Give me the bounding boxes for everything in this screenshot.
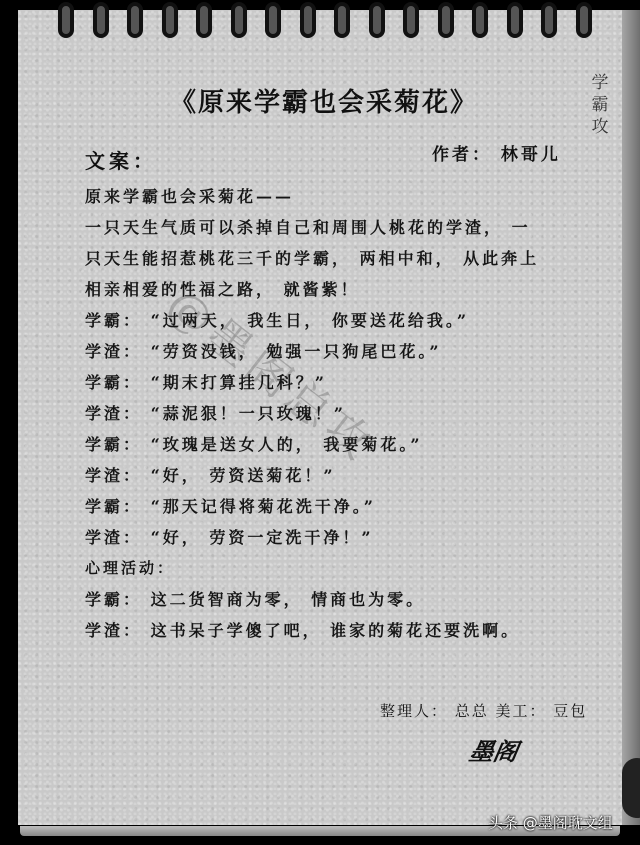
summary-label: 文案： bbox=[85, 145, 157, 174]
author: 作者： 林哥儿 bbox=[432, 140, 561, 165]
footer-watermark: 头条 @墨阁耽文组 bbox=[488, 812, 613, 833]
page-edge bbox=[622, 10, 640, 825]
thought-line: 学渣： 这书呆子学傻了吧， 谁家的菊花还要洗啊。 bbox=[85, 615, 585, 646]
side-tag: 学霸攻 bbox=[590, 72, 610, 138]
binding-ring bbox=[196, 2, 212, 38]
dialogue-line: 学霸： “过两天， 我生日， 你要送花给我。” bbox=[85, 305, 585, 336]
binding-ring bbox=[438, 2, 454, 38]
binding-ring bbox=[231, 2, 247, 38]
dialogue-line: 学霸： “那天记得将菊花洗干净。” bbox=[85, 491, 585, 522]
binding-ring bbox=[541, 2, 557, 38]
binding-ring bbox=[300, 2, 316, 38]
dialogue-line: 学渣： “好， 劳资送菊花！” bbox=[85, 460, 585, 491]
dialogue-line: 学霸： “期末打算挂几科？” bbox=[85, 367, 585, 398]
dialogue-line: 学渣： “劳资没钱， 勉强一只狗尾巴花。” bbox=[85, 336, 585, 367]
binding-ring bbox=[403, 2, 419, 38]
binding-ring bbox=[576, 2, 592, 38]
thought-line: 学霸： 这二货智商为零， 情商也为零。 bbox=[85, 584, 585, 615]
signature: 墨阁 bbox=[467, 732, 521, 767]
binding-ring bbox=[369, 2, 385, 38]
binding-ring bbox=[265, 2, 281, 38]
dialogue-line: 学渣： “蒜泥狠！一只玫瑰！” bbox=[85, 398, 585, 429]
binding-ring bbox=[58, 2, 74, 38]
disc-decoration bbox=[622, 758, 640, 818]
credits: 整理人： 总总 美工： 豆包 bbox=[380, 700, 587, 721]
binding-ring bbox=[93, 2, 109, 38]
binding-ring bbox=[507, 2, 523, 38]
dialogue-line: 学渣： “好， 劳资一定洗干净！” bbox=[85, 522, 585, 553]
summary-body: 原来学霸也会采菊花—— 一只天生气质可以杀掉自己和周围人桃花的学渣， 一 只天生… bbox=[85, 181, 585, 646]
spiral-binding bbox=[58, 0, 618, 40]
binding-ring bbox=[162, 2, 178, 38]
text-line: 一只天生气质可以杀掉自己和周围人桃花的学渣， 一 bbox=[85, 212, 585, 243]
binding-ring bbox=[334, 2, 350, 38]
text-line: 相亲相爱的性福之路， 就酱紫！ bbox=[85, 274, 585, 305]
text-line: 原来学霸也会采菊花—— bbox=[85, 181, 585, 212]
page-title: 《原来学霸也会采菊花》 bbox=[170, 82, 478, 119]
dialogue-line: 学霸： “玫瑰是送女人的， 我要菊花。” bbox=[85, 429, 585, 460]
section-label: 心理活动： bbox=[85, 553, 585, 584]
binding-ring bbox=[127, 2, 143, 38]
text-line: 只天生能招惹桃花三千的学霸， 两相中和， 从此奔上 bbox=[85, 243, 585, 274]
binding-ring bbox=[472, 2, 488, 38]
